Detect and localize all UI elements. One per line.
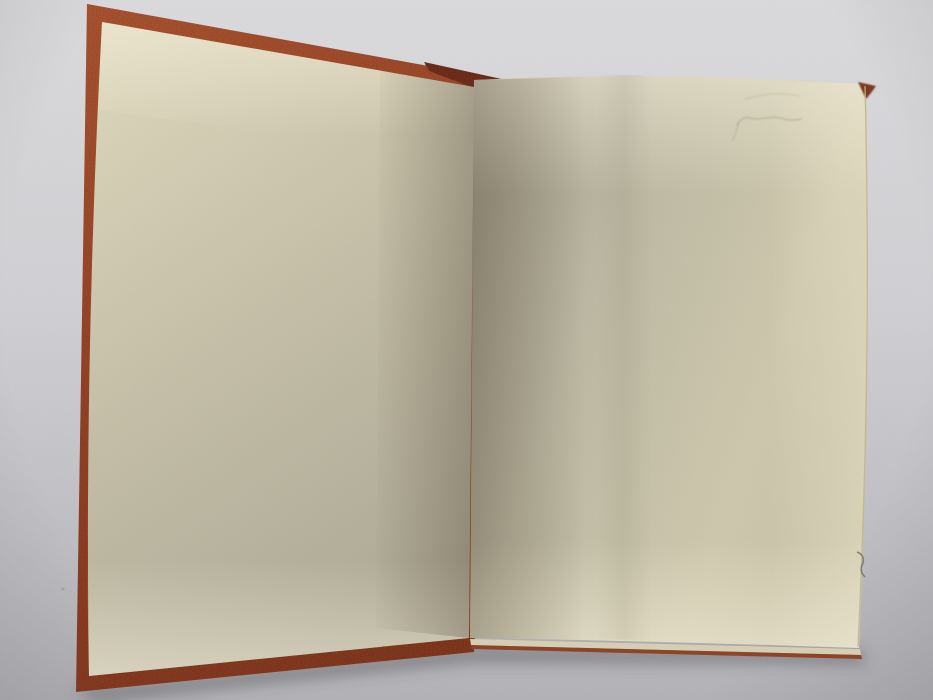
photo-stage bbox=[0, 0, 933, 700]
photo-grain bbox=[0, 0, 933, 700]
book-photograph bbox=[0, 0, 933, 700]
